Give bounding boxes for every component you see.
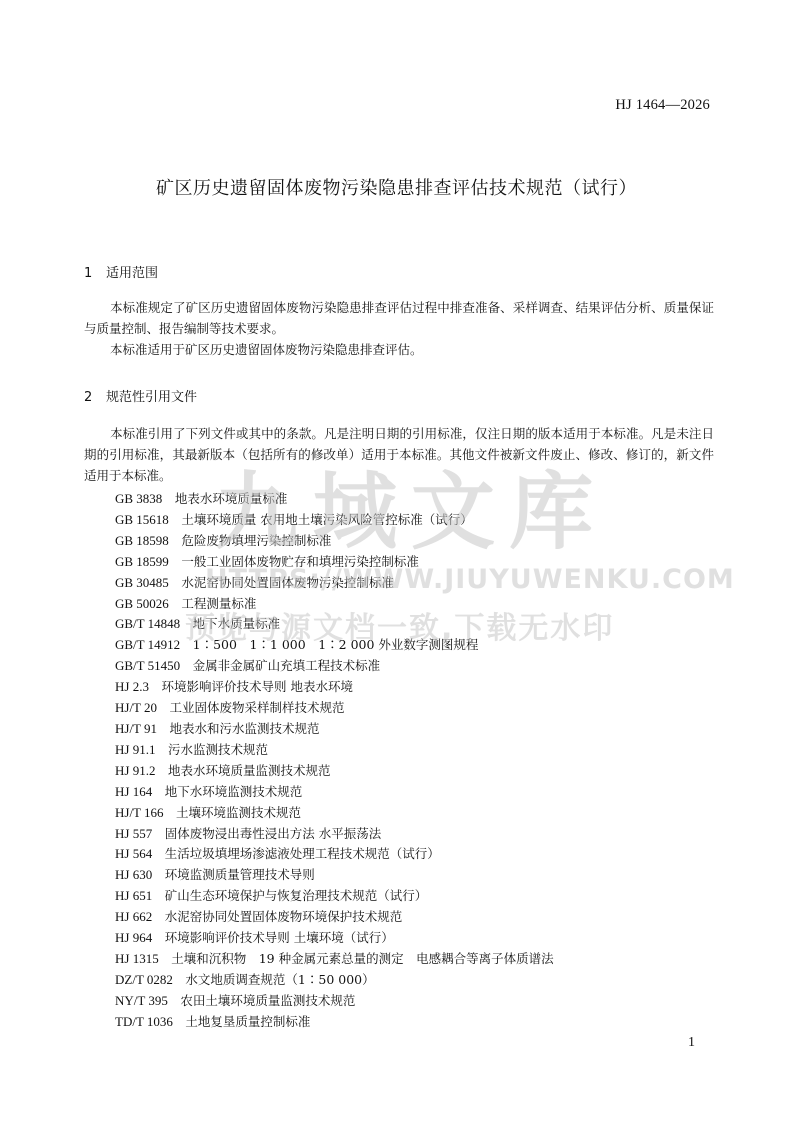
reference-item: GB 30485 水泥窑协同处置固体废物污染控制标准 [115, 573, 554, 594]
reference-item: HJ/T 166 土壤环境监测技术规范 [115, 803, 554, 824]
reference-title: 地下水环境监测技术规范 [165, 784, 303, 799]
reference-code: HJ 630 [115, 867, 152, 882]
reference-code: HJ 164 [115, 784, 152, 799]
reference-item: HJ 91.1 污水监测技术规范 [115, 740, 554, 761]
reference-title: 地下水质量标准 [193, 616, 281, 631]
reference-item: HJ 651 矿山生态环境保护与恢复治理技术规范（试行） [115, 886, 554, 907]
reference-code: GB/T 14912 [115, 637, 180, 652]
reference-title: 水文地质调查规范（1∶50 000） [185, 972, 374, 987]
reference-title: 环境影响评价技术导则 地表水环境 [161, 679, 352, 694]
reference-title: 危险废物填埋污染控制标准 [181, 533, 331, 548]
reference-code: GB/T 51450 [115, 658, 180, 673]
reference-item: GB 18599 一般工业固体废物贮存和填埋污染控制标准 [115, 552, 554, 573]
reference-item: HJ 964 环境影响评价技术导则 土壤环境（试行） [115, 928, 554, 949]
reference-code: GB/T 14848 [115, 616, 180, 631]
reference-item: HJ 91.2 地表水环境质量监测技术规范 [115, 761, 554, 782]
reference-title: 工程测量标准 [181, 596, 256, 611]
reference-item: GB/T 14912 1∶500 1∶1 000 1∶2 000 外业数字测图规… [115, 635, 554, 656]
reference-item: HJ 164 地下水环境监测技术规范 [115, 782, 554, 803]
reference-code: HJ/T 20 [115, 700, 157, 715]
reference-item: GB 3838 地表水环境质量标准 [115, 489, 554, 510]
reference-code: HJ 662 [115, 909, 152, 924]
reference-title: 水泥窑协同处置固体废物污染控制标准 [181, 575, 394, 590]
reference-code: GB 18599 [115, 554, 169, 569]
reference-title: 1∶500 1∶1 000 1∶2 000 外业数字测图规程 [193, 637, 479, 652]
reference-code: GB 50026 [115, 596, 169, 611]
section-number: 2 [84, 390, 106, 405]
references-intro-paragraph: 本标准引用了下列文件或其中的条款。凡是注明日期的引用标准，仅注日期的版本适用于本… [84, 423, 714, 486]
reference-title: 污水监测技术规范 [168, 742, 268, 757]
reference-code: TD/T 1036 [115, 1014, 173, 1029]
reference-item: GB 15618 土壤环境质量 农用地土壤污染风险管控标准（试行） [115, 510, 554, 531]
reference-code: NY/T 395 [115, 993, 168, 1008]
reference-code: HJ 91.1 [115, 742, 155, 757]
reference-item: HJ 630 环境监测质量管理技术导则 [115, 865, 554, 886]
reference-code: HJ 91.2 [115, 763, 155, 778]
reference-item: HJ 2.3 环境影响评价技术导则 地表水环境 [115, 677, 554, 698]
reference-title: 地表水环境质量标准 [175, 491, 288, 506]
scope-paragraph-2: 本标准适用于矿区历史遗留固体废物污染隐患排查评估。 [84, 339, 714, 360]
standard-code: HJ 1464—2026 [615, 97, 710, 114]
reference-item: GB 18598 危险废物填埋污染控制标准 [115, 531, 554, 552]
page-number: 1 [688, 1035, 695, 1051]
reference-title: 环境影响评价技术导则 土壤环境（试行） [165, 930, 394, 945]
document-page: HJ 1464—2026 矿区历史遗留固体废物污染隐患排查评估技术规范（试行） … [0, 0, 793, 1122]
reference-code: DZ/T 0282 [115, 972, 173, 987]
reference-title: 一般工业固体废物贮存和填埋污染控制标准 [181, 554, 419, 569]
section-title: 规范性引用文件 [106, 390, 197, 405]
reference-item: TD/T 1036 土地复垦质量控制标准 [115, 1012, 554, 1033]
reference-item: NY/T 395 农田土壤环境质量监测技术规范 [115, 991, 554, 1012]
reference-title: 土壤和沉积物 19 种金属元素总量的测定 电感耦合等离子体质谱法 [171, 951, 553, 966]
reference-code: GB 30485 [115, 575, 169, 590]
reference-title: 土壤环境质量 农用地土壤污染风险管控标准（试行） [181, 512, 472, 527]
reference-title: 地表水和污水监测技术规范 [170, 721, 320, 736]
reference-title: 矿山生态环境保护与恢复治理技术规范（试行） [165, 888, 428, 903]
reference-item: HJ 1315 土壤和沉积物 19 种金属元素总量的测定 电感耦合等离子体质谱法 [115, 949, 554, 970]
reference-title: 环境监测质量管理技术导则 [165, 867, 315, 882]
reference-item: GB 50026 工程测量标准 [115, 594, 554, 615]
reference-item: HJ 662 水泥窑协同处置固体废物环境保护技术规范 [115, 907, 554, 928]
reference-title: 土地复垦质量控制标准 [185, 1014, 310, 1029]
reference-item: HJ/T 91 地表水和污水监测技术规范 [115, 719, 554, 740]
reference-title: 固体废物浸出毒性浸出方法 水平振荡法 [165, 826, 381, 841]
reference-code: HJ/T 91 [115, 721, 157, 736]
reference-code: GB 15618 [115, 512, 169, 527]
reference-item: GB/T 14848 地下水质量标准 [115, 614, 554, 635]
reference-code: GB 18598 [115, 533, 169, 548]
reference-title: 地表水环境质量监测技术规范 [168, 763, 331, 778]
reference-item: HJ/T 20 工业固体废物采样制样技术规范 [115, 698, 554, 719]
section-1-heading: 1适用范围 [84, 262, 158, 281]
reference-code: HJ 564 [115, 846, 152, 861]
reference-title: 工业固体废物采样制样技术规范 [170, 700, 345, 715]
reference-code: HJ 651 [115, 888, 152, 903]
reference-item: HJ 564 生活垃圾填埋场渗滤液处理工程技术规范（试行） [115, 844, 554, 865]
document-title: 矿区历史遗留固体废物污染隐患排查评估技术规范（试行） [0, 174, 793, 200]
reference-title: 土壤环境监测技术规范 [176, 805, 301, 820]
reference-title: 金属非金属矿山充填工程技术标准 [193, 658, 381, 673]
reference-item: DZ/T 0282 水文地质调查规范（1∶50 000） [115, 970, 554, 991]
reference-title: 农田土壤环境质量监测技术规范 [180, 993, 355, 1008]
reference-code: HJ/T 166 [115, 805, 164, 820]
section-title: 适用范围 [106, 266, 158, 281]
reference-code: HJ 964 [115, 930, 152, 945]
reference-code: HJ 1315 [115, 951, 159, 966]
scope-paragraph-1: 本标准规定了矿区历史遗留固体废物污染隐患排查评估过程中排查准备、采样调查、结果评… [84, 297, 714, 339]
normative-references-list: GB 3838 地表水环境质量标准 GB 15618 土壤环境质量 农用地土壤污… [115, 489, 554, 1033]
reference-item: HJ 557 固体废物浸出毒性浸出方法 水平振荡法 [115, 824, 554, 845]
reference-code: HJ 2.3 [115, 679, 149, 694]
section-number: 1 [84, 266, 106, 281]
reference-item: GB/T 51450 金属非金属矿山充填工程技术标准 [115, 656, 554, 677]
section-2-heading: 2规范性引用文件 [84, 386, 197, 405]
reference-code: HJ 557 [115, 826, 152, 841]
reference-title: 生活垃圾填埋场渗滤液处理工程技术规范（试行） [165, 846, 440, 861]
reference-title: 水泥窑协同处置固体废物环境保护技术规范 [165, 909, 403, 924]
reference-code: GB 3838 [115, 491, 162, 506]
